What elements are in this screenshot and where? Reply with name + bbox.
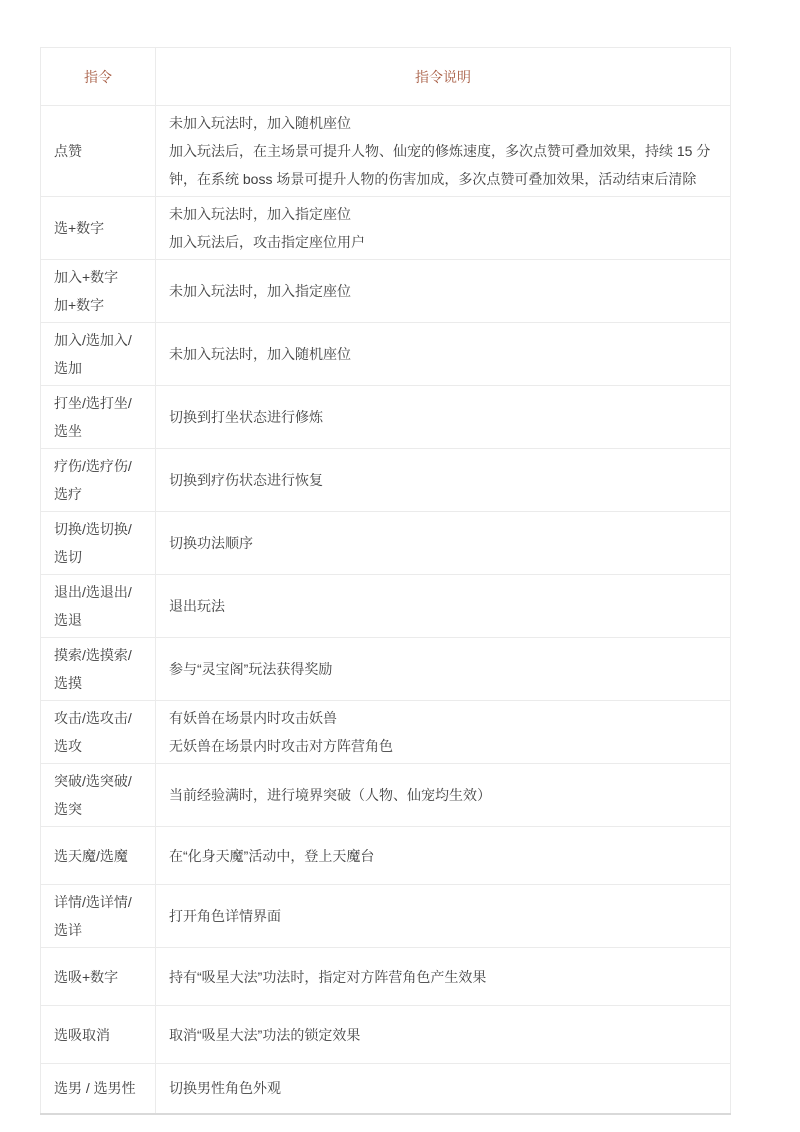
command-cell: 摸索/选摸索/选摸 bbox=[41, 638, 156, 701]
description-line: 退出玩法 bbox=[169, 592, 717, 620]
command-cell: 点赞 bbox=[41, 106, 156, 197]
description-line: 未加入玩法时，加入指定座位 bbox=[169, 200, 717, 228]
description-line: 在“化身天魔”活动中，登上天魔台 bbox=[169, 842, 717, 870]
table-row: 打坐/选打坐/选坐 切换到打坐状态进行修炼 bbox=[41, 386, 731, 449]
table-row: 选天魔/选魔 在“化身天魔”活动中，登上天魔台 bbox=[41, 827, 731, 885]
description-line: 当前经验满时，进行境界突破（人物、仙宠均生效） bbox=[169, 781, 717, 809]
command-text: 选吸+数字 bbox=[54, 963, 142, 991]
description-line: 未加入玩法时，加入指定座位 bbox=[169, 277, 717, 305]
command-text: 选天魔/选魔 bbox=[54, 842, 142, 870]
command-cell: 突破/选突破/选突 bbox=[41, 764, 156, 827]
description-cell: 未加入玩法时，加入随机座位 加入玩法后，在主场景可提升人物、仙宠的修炼速度，多次… bbox=[156, 106, 731, 197]
description-cell: 未加入玩法时，加入随机座位 bbox=[156, 323, 731, 386]
description-line: 打开角色详情界面 bbox=[169, 902, 717, 930]
description-line: 切换到打坐状态进行修炼 bbox=[169, 403, 717, 431]
command-cell: 选男 / 选男性 bbox=[41, 1064, 156, 1114]
description-cell: 退出玩法 bbox=[156, 575, 731, 638]
table-row: 摸索/选摸索/选摸 参与“灵宝阁”玩法获得奖励 bbox=[41, 638, 731, 701]
description-cell: 持有“吸星大法”功法时，指定对方阵营角色产生效果 bbox=[156, 948, 731, 1006]
description-cell: 参与“灵宝阁”玩法获得奖励 bbox=[156, 638, 731, 701]
table-row: 攻击/选攻击/选攻 有妖兽在场景内时攻击妖兽 无妖兽在场景内时攻击对方阵营角色 bbox=[41, 701, 731, 764]
table-row: 点赞 未加入玩法时，加入随机座位 加入玩法后，在主场景可提升人物、仙宠的修炼速度… bbox=[41, 106, 731, 197]
table-row: 选男 / 选男性 切换男性角色外观 bbox=[41, 1064, 731, 1114]
description-line: 无妖兽在场景内时攻击对方阵营角色 bbox=[169, 732, 717, 760]
command-cell: 攻击/选攻击/选攻 bbox=[41, 701, 156, 764]
description-line: 未加入玩法时，加入随机座位 bbox=[169, 109, 717, 137]
description-line: 切换到疗伤状态进行恢复 bbox=[169, 466, 717, 494]
description-cell: 当前经验满时，进行境界突破（人物、仙宠均生效） bbox=[156, 764, 731, 827]
command-cell: 退出/选退出/选退 bbox=[41, 575, 156, 638]
table-row: 疗伤/选疗伤/选疗 切换到疗伤状态进行恢复 bbox=[41, 449, 731, 512]
command-reference-table: 指令 指令说明 点赞 未加入玩法时，加入随机座位 加入玩法后，在主场景可提升人物… bbox=[40, 47, 731, 1115]
command-text: 打坐/选打坐/选坐 bbox=[54, 389, 142, 445]
description-line: 切换男性角色外观 bbox=[169, 1074, 717, 1102]
table-row: 加入/选加入/选加 未加入玩法时，加入随机座位 bbox=[41, 323, 731, 386]
description-line: 持有“吸星大法”功法时，指定对方阵营角色产生效果 bbox=[169, 963, 717, 991]
table-row: 突破/选突破/选突 当前经验满时，进行境界突破（人物、仙宠均生效） bbox=[41, 764, 731, 827]
table-row: 选吸取消 取消“吸星大法”功法的锁定效果 bbox=[41, 1006, 731, 1064]
command-cell: 切换/选切换/选切 bbox=[41, 512, 156, 575]
table-row: 退出/选退出/选退 退出玩法 bbox=[41, 575, 731, 638]
description-cell: 切换到打坐状态进行修炼 bbox=[156, 386, 731, 449]
table-row: 详情/选详情/选详 打开角色详情界面 bbox=[41, 885, 731, 948]
command-text: 摸索/选摸索/选摸 bbox=[54, 641, 142, 697]
command-cell: 选吸+数字 bbox=[41, 948, 156, 1006]
description-line: 未加入玩法时，加入随机座位 bbox=[169, 340, 717, 368]
command-text: 加入/选加入/选加 bbox=[54, 326, 142, 382]
table-header-row: 指令 指令说明 bbox=[41, 48, 731, 106]
command-text: 点赞 bbox=[54, 137, 142, 165]
description-line: 加入玩法后，在主场景可提升人物、仙宠的修炼速度，多次点赞可叠加效果，持续 15 … bbox=[169, 137, 717, 193]
command-cell: 加入/选加入/选加 bbox=[41, 323, 156, 386]
command-cell: 疗伤/选疗伤/选疗 bbox=[41, 449, 156, 512]
table-row: 选吸+数字 持有“吸星大法”功法时，指定对方阵营角色产生效果 bbox=[41, 948, 731, 1006]
description-line: 有妖兽在场景内时攻击妖兽 bbox=[169, 704, 717, 732]
command-cell: 打坐/选打坐/选坐 bbox=[41, 386, 156, 449]
command-text: 详情/选详情/选详 bbox=[54, 888, 142, 944]
command-text: 加+数字 bbox=[54, 291, 142, 319]
description-cell: 打开角色详情界面 bbox=[156, 885, 731, 948]
description-cell: 切换到疗伤状态进行恢复 bbox=[156, 449, 731, 512]
table-row: 加入+数字 加+数字 未加入玩法时，加入指定座位 bbox=[41, 260, 731, 323]
command-text: 选男 / 选男性 bbox=[54, 1074, 142, 1102]
header-description: 指令说明 bbox=[156, 48, 731, 106]
page: { "page": { "background": "#ffffff" }, "… bbox=[0, 0, 800, 1132]
command-text: 加入+数字 bbox=[54, 263, 142, 291]
description-cell: 未加入玩法时，加入指定座位 bbox=[156, 260, 731, 323]
command-cell: 选吸取消 bbox=[41, 1006, 156, 1064]
command-text: 切换/选切换/选切 bbox=[54, 515, 142, 571]
command-text: 疗伤/选疗伤/选疗 bbox=[54, 452, 142, 508]
command-cell: 详情/选详情/选详 bbox=[41, 885, 156, 948]
description-cell: 取消“吸星大法”功法的锁定效果 bbox=[156, 1006, 731, 1064]
command-text: 突破/选突破/选突 bbox=[54, 767, 142, 823]
command-text: 选+数字 bbox=[54, 214, 142, 242]
table-row: 切换/选切换/选切 切换功法顺序 bbox=[41, 512, 731, 575]
command-cell: 选+数字 bbox=[41, 197, 156, 260]
description-line: 切换功法顺序 bbox=[169, 529, 717, 557]
description-cell: 未加入玩法时，加入指定座位 加入玩法后，攻击指定座位用户 bbox=[156, 197, 731, 260]
command-cell: 选天魔/选魔 bbox=[41, 827, 156, 885]
command-cell: 加入+数字 加+数字 bbox=[41, 260, 156, 323]
command-text: 选吸取消 bbox=[54, 1021, 142, 1049]
description-cell: 切换男性角色外观 bbox=[156, 1064, 731, 1114]
command-text: 攻击/选攻击/选攻 bbox=[54, 704, 142, 760]
description-cell: 有妖兽在场景内时攻击妖兽 无妖兽在场景内时攻击对方阵营角色 bbox=[156, 701, 731, 764]
header-command: 指令 bbox=[41, 48, 156, 106]
description-cell: 切换功法顺序 bbox=[156, 512, 731, 575]
description-cell: 在“化身天魔”活动中，登上天魔台 bbox=[156, 827, 731, 885]
description-line: 取消“吸星大法”功法的锁定效果 bbox=[169, 1021, 717, 1049]
description-line: 参与“灵宝阁”玩法获得奖励 bbox=[169, 655, 717, 683]
description-line: 加入玩法后，攻击指定座位用户 bbox=[169, 228, 717, 256]
command-text: 退出/选退出/选退 bbox=[54, 578, 142, 634]
table-row: 选+数字 未加入玩法时，加入指定座位 加入玩法后，攻击指定座位用户 bbox=[41, 197, 731, 260]
